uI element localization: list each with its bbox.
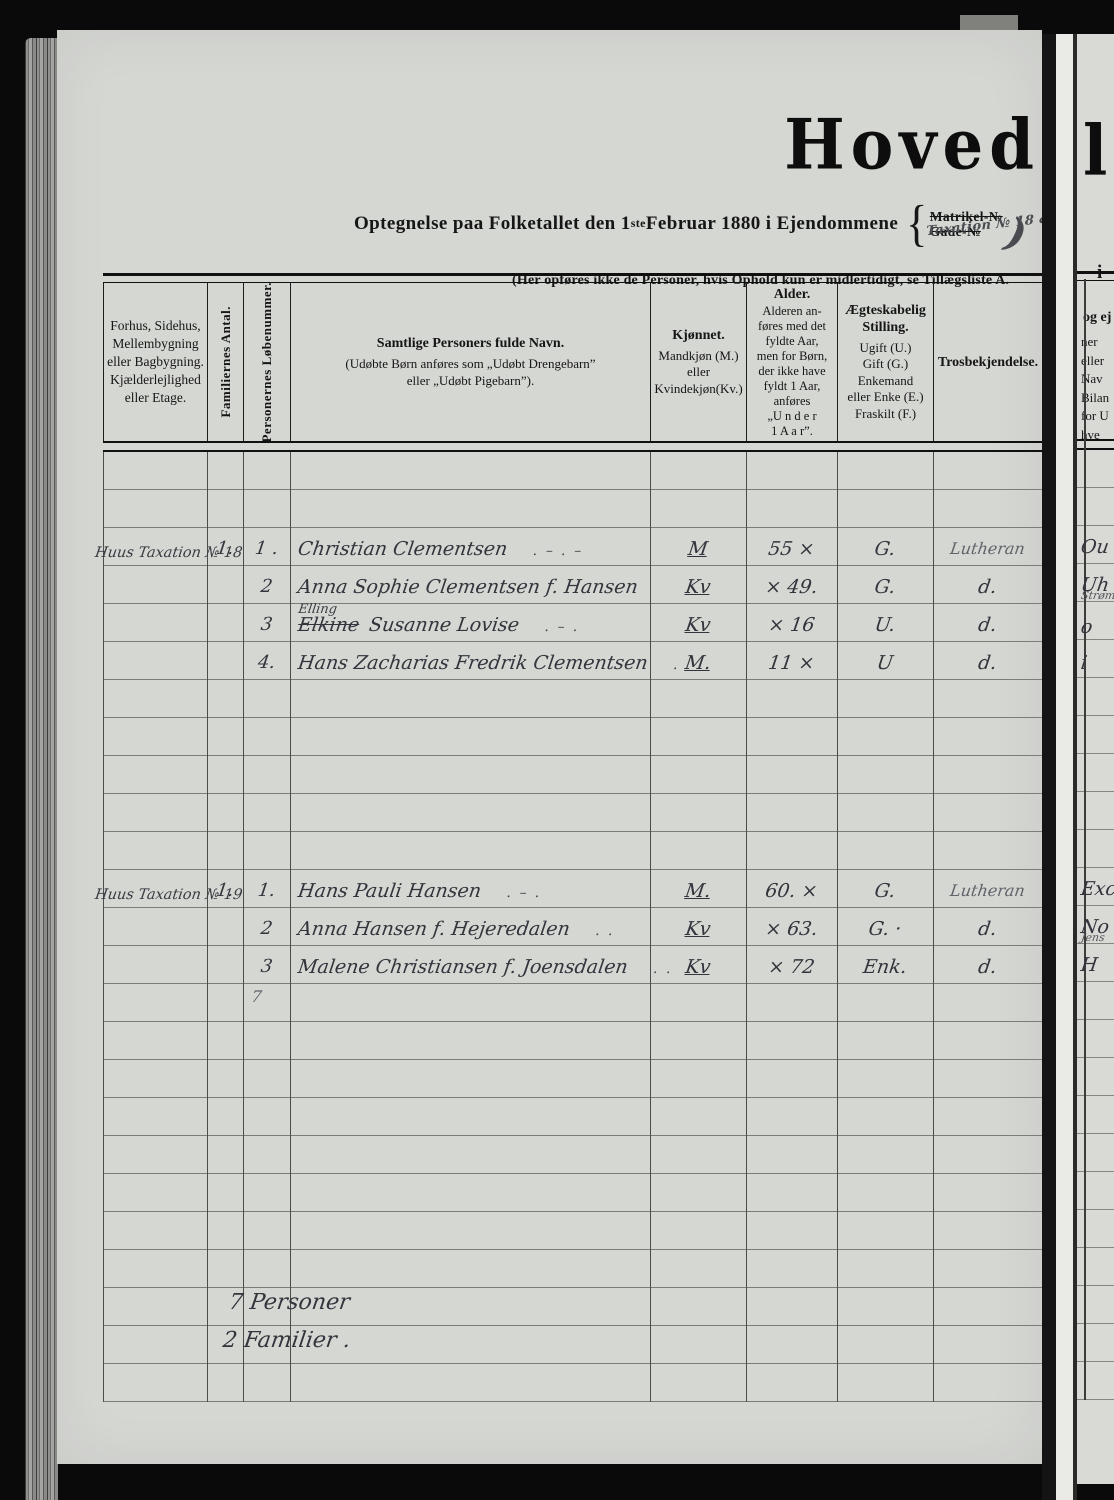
form-subtitle: Optegnelse paa Folketallet den 1ste Febr… [354, 198, 1054, 249]
book-gutter-shadow [1042, 34, 1056, 1500]
handwritten-entry: 1. [205, 536, 245, 562]
handwritten-entry: 1. [241, 878, 292, 904]
handwritten-entry: d. [931, 574, 1044, 600]
adjacent-handwritten-fragment: Strøm [1080, 590, 1114, 602]
handwritten-entry: Kv [648, 916, 748, 942]
handwritten-entry: × 49. [744, 574, 839, 600]
handwritten-entry: 3 [241, 612, 292, 638]
handwritten-entry: × 72 [744, 954, 839, 980]
header-religion: Trosbekjendelse. [933, 283, 1042, 441]
adjacent-handwritten-fragment: o [1079, 614, 1094, 640]
table-header-row: Forhus, Sidehus, Mellembygning eller Bag… [103, 283, 1042, 441]
adjacent-header-fragment: ner eller Nav Bilan for U hve [1077, 281, 1114, 439]
handwritten-entry: 7 Personer [219, 1290, 351, 1316]
handwritten-entry: 2 [241, 574, 292, 600]
adjacent-handwritten-fragment: Ou [1079, 534, 1110, 560]
table-header-rule [103, 441, 1042, 452]
adjacent-top-rule [1077, 271, 1114, 281]
handwritten-entry: Kv [648, 612, 748, 638]
handwritten-entry: U [835, 650, 935, 676]
subtitle-superscript: ste [631, 216, 646, 231]
adjacent-column-line [1084, 279, 1086, 1400]
header-full-name: Samtlige Personers fulde Navn. (Udøbte B… [290, 283, 650, 441]
handwritten-entry: EllingElkineSusanne Lovise. – . [288, 612, 582, 640]
table-column-line [103, 452, 104, 1402]
book-gutter-strip [1056, 34, 1073, 1500]
handwritten-entry: Enk. [835, 954, 935, 980]
handwritten-entry: Lutheran [931, 536, 1044, 562]
curly-brace: { [906, 194, 928, 253]
handwritten-entry: M [648, 536, 748, 562]
page-title: Hoved [784, 105, 1040, 186]
handwritten-entry: Kv [648, 574, 748, 600]
handwritten-entry: 55 × [744, 536, 839, 562]
adjacent-handwritten-fragment: Exc [1079, 876, 1114, 902]
adjacent-title-fragment: l [1083, 111, 1107, 192]
table-top-rule [103, 273, 1042, 283]
handwritten-entry: 60. × [744, 878, 839, 904]
adjacent-handwritten-fragment: Jens [1080, 932, 1105, 944]
handwritten-entry: G. [835, 878, 935, 904]
handwritten-entry: 7 [231, 984, 282, 1010]
subtitle-text-pre: Optegnelse paa Folketallet den 1 [354, 213, 631, 235]
table-body: Huus Taxation № 181.1 .Christian Clement… [103, 452, 1042, 1402]
header-building-type: Forhus, Sidehus, Mellembygning eller Bag… [103, 283, 207, 441]
handwritten-entry: G. · [835, 916, 935, 942]
header-marital-status: Ægteskabelig Stilling. Ugift (U.) Gift (… [837, 283, 933, 441]
census-table: Forhus, Sidehus, Mellembygning eller Bag… [103, 273, 1042, 1402]
handwritten-entry: Kv [648, 954, 748, 980]
header-age: Alder. Alderen an- føres med det fyldte … [746, 283, 837, 441]
subtitle-text-post: Februar 1880 i Ejendommene [646, 213, 898, 235]
handwritten-entry: Hans Zacharias Fredrik Clementsen. [288, 650, 682, 678]
handwritten-entry: Christian Clementsen. – . – [288, 536, 585, 564]
handwritten-entry: d. [931, 612, 1044, 638]
table-column-line [207, 452, 208, 1402]
header-person-number: Personernes Løbenummer. [243, 283, 290, 441]
handwritten-entry: 1 . [241, 536, 292, 562]
handwritten-entry: × 63. [744, 916, 839, 942]
header-family-count: Familiernes Antal. [207, 283, 243, 441]
scanned-census-document: { "colors":{"paper":"#d5d7d3","ink":"#16… [0, 0, 1114, 1500]
handwritten-entry: d. [931, 650, 1044, 676]
handwritten-entry: Hans Pauli Hansen. – . [288, 878, 544, 906]
handwritten-entry: M. [648, 650, 748, 676]
handwritten-entry: 1. [205, 878, 245, 904]
handwritten-entry: 3 [241, 954, 292, 980]
book-page-stack-edge [25, 38, 58, 1500]
handwritten-entry: × 16 [744, 612, 839, 638]
adjacent-handwritten-fragment: i [1079, 650, 1089, 676]
handwritten-entry: Lutheran [931, 878, 1044, 904]
matrikel-gade-stack: Matrikel-№ Taxation № 18 & 19 Gade-№ [930, 209, 1003, 239]
adjacent-table-fragment: ner eller Nav Bilan for U hve OuUhStrømo… [1077, 271, 1114, 1400]
handwritten-entry: M. [648, 878, 748, 904]
census-form-page: Hoved Optegnelse paa Folketallet den 1st… [57, 30, 1042, 1464]
adjacent-table-body: OuUhStrømoiExcNoJensH [1077, 450, 1114, 1400]
handwritten-entry: Anna Sophie Clementsen f. Hansen [288, 574, 639, 600]
handwritten-entry: U. [835, 612, 935, 638]
handwritten-entry: Anna Hansen f. Hejeredalen. . [288, 916, 617, 944]
handwritten-entry: 2 [241, 916, 292, 942]
header-sex: Kjønnet. Mandkjøn (M.) eller Kvindekjøn(… [650, 283, 746, 441]
handwritten-entry: G. [835, 574, 935, 600]
handwritten-entry: 4. [241, 650, 292, 676]
adjacent-page-fragment: l i og ej ner eller Nav Bilan for U hve … [1077, 34, 1114, 1484]
handwritten-entry: G. [835, 536, 935, 562]
handwritten-entry: d. [931, 954, 1044, 980]
handwritten-entry: Malene Christiansen f. Joensdalen. . [288, 954, 675, 982]
handwritten-entry: 2 Familier . [213, 1328, 352, 1354]
adjacent-handwritten-fragment: H [1079, 952, 1099, 978]
handwritten-entry: 11 × [744, 650, 839, 676]
handwritten-entry: d. [931, 916, 1044, 942]
